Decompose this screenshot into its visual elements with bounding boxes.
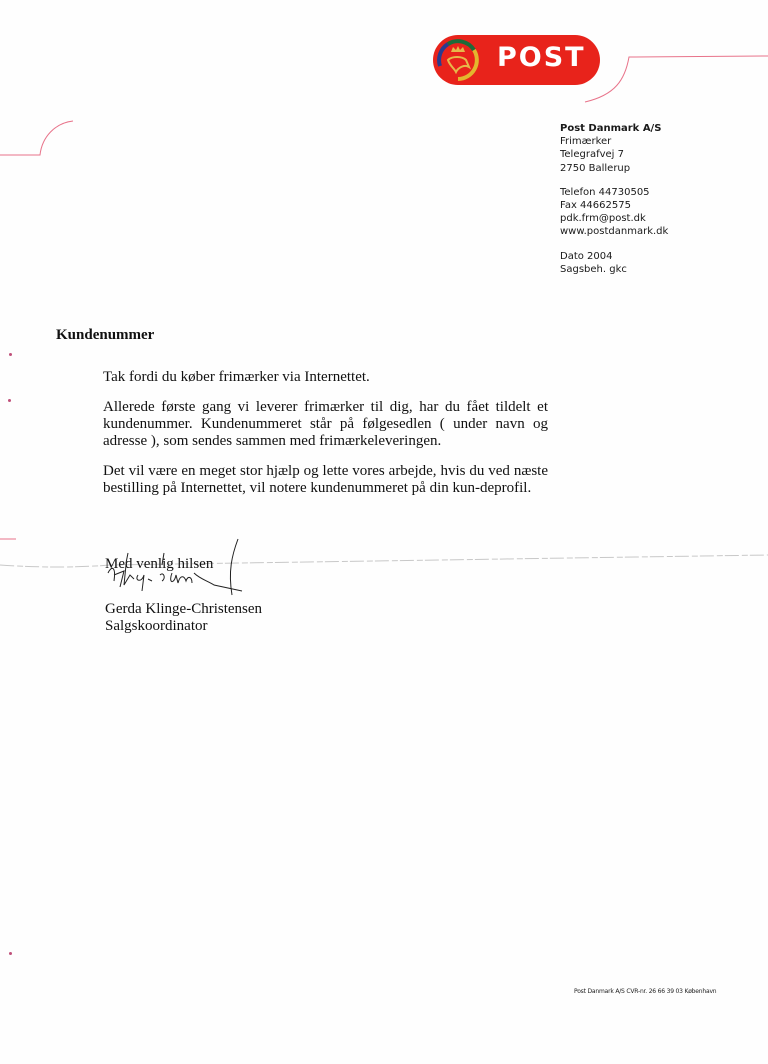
signer-name: Gerda Klinge-Christensen <box>105 601 262 618</box>
logo-text: POST <box>497 42 586 73</box>
paragraph-customer-number: Allerede første gang vi leverer frimærke… <box>103 399 548 450</box>
company-name: Post Danmark A/S <box>560 122 668 135</box>
letter-body: Tak fordi du køber frimærker via Interne… <box>103 369 548 510</box>
margin-dot <box>8 399 11 402</box>
paragraph-thanks: Tak fordi du køber frimærker via Interne… <box>103 369 548 386</box>
fax: Fax 44662575 <box>560 199 668 212</box>
letter-title: Kundenummer <box>56 327 154 344</box>
city: 2750 Ballerup <box>560 162 668 175</box>
margin-dot <box>9 353 12 356</box>
paragraph-request: Det vil være en meget stor hjælp og lett… <box>103 463 548 497</box>
post-logo: POST <box>433 35 600 85</box>
margin-dot <box>9 952 12 955</box>
case-handler: Sagsbeh. gkc <box>560 263 668 276</box>
date: Dato 2004 <box>560 250 668 263</box>
sender-address-block: Post Danmark A/S Frimærker Telegrafvej 7… <box>560 122 668 276</box>
street-address: Telegrafvej 7 <box>560 148 668 161</box>
footer-company-info: Post Danmark A/S CVR-nr. 26 66 39 03 Køb… <box>574 988 716 995</box>
post-horn-crown-icon <box>436 38 480 82</box>
website: www.postdanmark.dk <box>560 225 668 238</box>
signer-title: Salgskoordinator <box>105 618 262 635</box>
handwritten-signature <box>104 535 264 605</box>
phone: Telefon 44730505 <box>560 186 668 199</box>
email: pdk.frm@post.dk <box>560 212 668 225</box>
department: Frimærker <box>560 135 668 148</box>
signer-block: Gerda Klinge-Christensen Salgskoordinato… <box>105 601 262 635</box>
